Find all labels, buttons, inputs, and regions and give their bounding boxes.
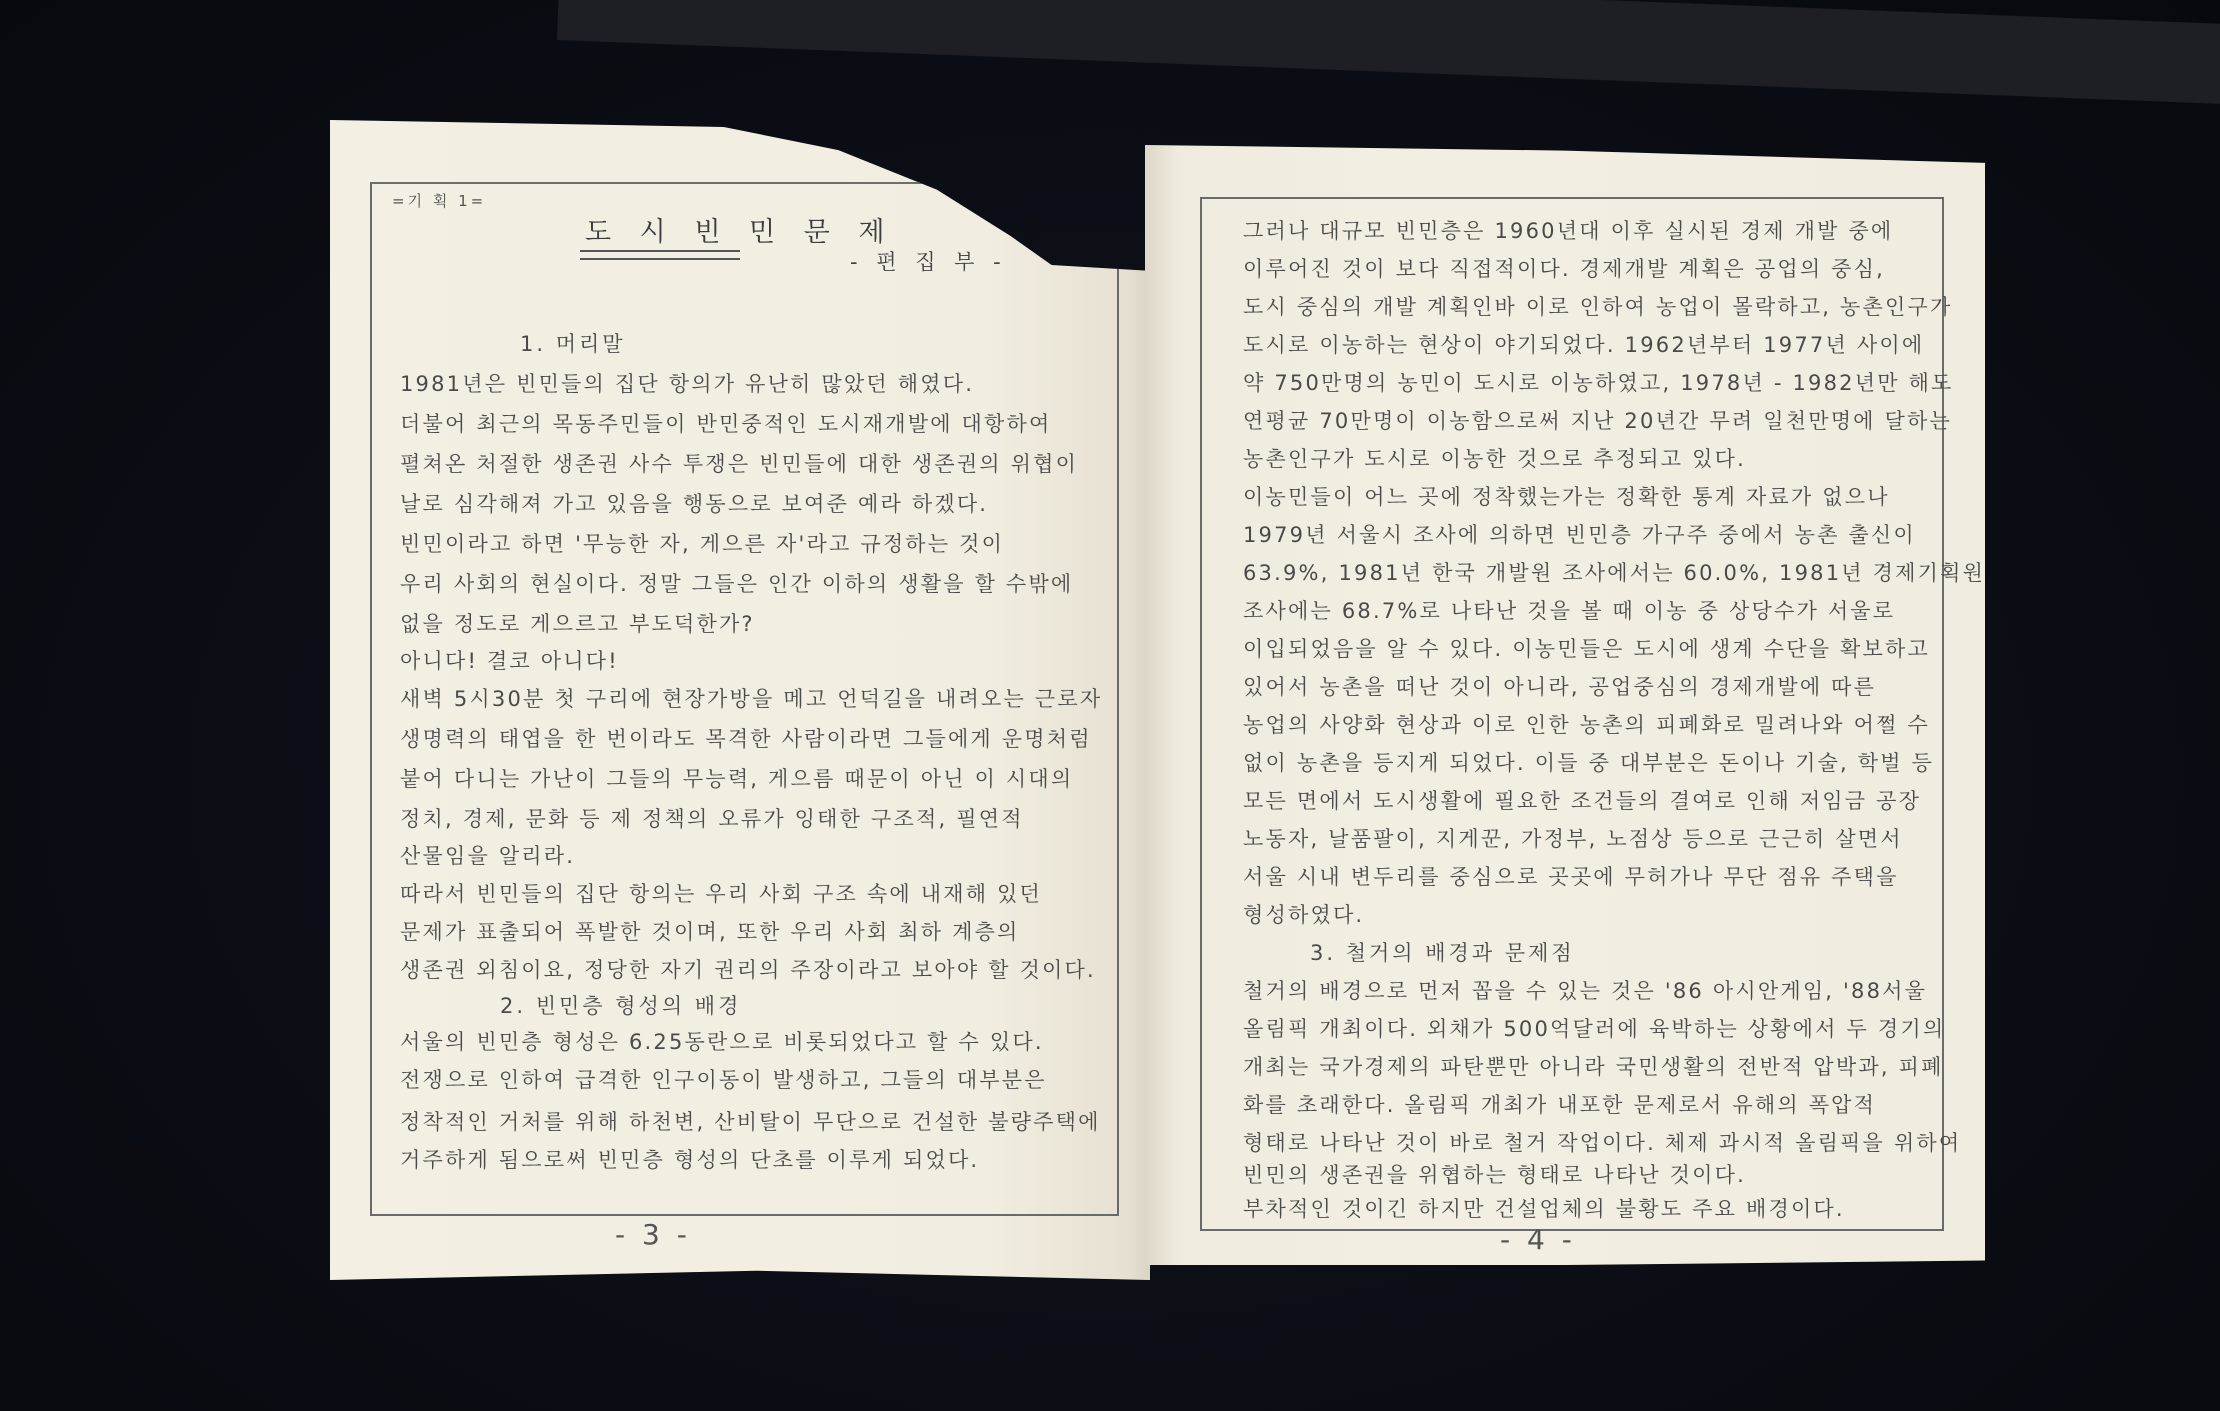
text-line: 붙어 다니는 가난이 그들의 무능력, 게으름 때문이 아닌 이 시대의 [400, 763, 1073, 793]
text-line: 생명력의 태엽을 한 번이라도 목격한 사람이라면 그들에게 운명처럼 [400, 723, 1092, 753]
text-line: 약 750만명의 농민이 도시로 이농하였고, 1978년 - 1982년만 해… [1243, 367, 1954, 397]
text-line: 문제가 표출되어 폭발한 것이며, 또한 우리 사회 최하 계층의 [400, 916, 1020, 946]
text-line: 63.9%, 1981년 한국 개발원 조사에서는 60.0%, 1981년 경… [1243, 557, 1985, 587]
background-cloth-fold [557, 0, 2220, 109]
text-line: 있어서 농촌을 떠난 것이 아니라, 공업중심의 경제개발에 따른 [1243, 671, 1876, 701]
text-line: 1981년은 빈민들의 집단 항의가 유난히 많았던 해였다. [400, 368, 974, 398]
article-byline: - 편 집 부 - [850, 246, 1007, 276]
text-line: 철거의 배경으로 먼저 꼽을 수 있는 것은 '86 아시안게임, '88서울 [1243, 975, 1927, 1005]
text-line: 아니다! 결코 아니다! [400, 645, 619, 675]
text-line: 서울의 빈민층 형성은 6.25동란으로 비롯되었다고 할 수 있다. [400, 1026, 1044, 1056]
text-line: 형태로 나타난 것이 바로 철거 작업이다. 체제 과시적 올림픽을 위하여 [1243, 1127, 1961, 1157]
text-line: 산물임을 알리라. [400, 840, 575, 870]
text-line: 없이 농촌을 등지게 되었다. 이들 중 대부분은 돈이나 기술, 학벌 등 [1243, 747, 1934, 777]
right-page: 그러나 대규모 빈민층은 1960년대 이후 실시된 경제 개발 중에 이루어진… [1145, 145, 1985, 1265]
text-line: 화를 초래한다. 올림픽 개최가 내포한 문제로서 유해의 폭압적 [1243, 1089, 1876, 1119]
article-title: 도 시 빈 민 문 제 [585, 210, 894, 249]
text-line: 빈민이라고 하면 '무능한 자, 게으른 자'라고 규정하는 것이 [400, 528, 1004, 558]
text-line: 이농민들이 어느 곳에 정착했는가는 정확한 통계 자료가 없으나 [1243, 481, 1890, 511]
text-line: 도시로 이농하는 현상이 야기되었다. 1962년부터 1977년 사이에 [1243, 329, 1924, 359]
text-line: 새벽 5시30분 첫 구리에 현장가방을 메고 언덕길을 내려오는 근로자 [400, 683, 1102, 713]
text-line: 1979년 서울시 조사에 의하면 빈민층 가구주 중에서 농촌 출신이 [1243, 519, 1916, 549]
series-kicker: =기 획 1= [392, 190, 486, 211]
text-line: 이루어진 것이 보다 직접적이다. 경제개발 계획은 공업의 중심, [1243, 253, 1885, 283]
text-line: 펼쳐온 처절한 생존권 사수 투쟁은 빈민들에 대한 생존권의 위협이 [400, 448, 1078, 478]
section-heading: 3. 철거의 배경과 문제점 [1310, 937, 1575, 967]
text-line: 정치, 경제, 문화 등 제 정책의 오류가 잉태한 구조적, 필연적 [400, 803, 1024, 833]
text-line: 농촌인구가 도시로 이농한 것으로 추정되고 있다. [1243, 443, 1746, 473]
page-number: - 3 - [615, 1218, 691, 1251]
section-heading: 2. 빈민층 형성의 배경 [500, 990, 741, 1020]
text-line: 개최는 국가경제의 파탄뿐만 아니라 국민생활의 전반적 압박과, 피폐 [1243, 1051, 1944, 1081]
text-line: 형성하였다. [1243, 899, 1364, 929]
text-line: 노동자, 날품팔이, 지게꾼, 가정부, 노점상 등으로 근근히 살면서 [1243, 823, 1903, 853]
text-line: 부차적인 것이긴 하지만 건설업체의 불황도 주요 배경이다. [1243, 1193, 1845, 1223]
section-heading: 1. 머리말 [520, 328, 626, 358]
text-line: 날로 심각해져 가고 있음을 행동으로 보여준 예라 하겠다. [400, 488, 988, 518]
text-line: 도시 중심의 개발 계획인바 이로 인하여 농업이 몰락하고, 농촌인구가 [1243, 291, 1952, 321]
text-line: 전쟁으로 인하여 급격한 인구이동이 발생하고, 그들의 대부분은 [400, 1064, 1047, 1094]
page-number: - 4 - [1500, 1223, 1576, 1256]
text-line: 빈민의 생존권을 위협하는 형태로 나타난 것이다. [1243, 1159, 1746, 1189]
text-line: 생존권 외침이요, 정당한 자기 권리의 주장이라고 보아야 할 것이다. [400, 954, 1096, 984]
text-line: 올림픽 개최이다. 외채가 500억달러에 육박하는 상황에서 두 경기의 [1243, 1013, 1945, 1043]
text-line: 거주하게 됨으로써 빈민층 형성의 단초를 이루게 되었다. [400, 1144, 979, 1174]
text-line: 농업의 사양화 현상과 이로 인한 농촌의 피폐화로 밀려나와 어쩔 수 [1243, 709, 1930, 739]
text-line: 우리 사회의 현실이다. 정말 그들은 인간 이하의 생활을 할 수밖에 [400, 568, 1073, 598]
text-line: 없을 정도로 게으르고 부도덕한가? [400, 608, 755, 638]
left-page: =기 획 1= 도 시 빈 민 문 제 - 편 집 부 - 1. 머리말 198… [330, 120, 1150, 1280]
text-line: 따라서 빈민들의 집단 항의는 우리 사회 구조 속에 내재해 있던 [400, 878, 1042, 908]
text-line: 그러나 대규모 빈민층은 1960년대 이후 실시된 경제 개발 중에 [1243, 215, 1893, 245]
text-line: 이입되었음을 알 수 있다. 이농민들은 도시에 생계 수단을 확보하고 [1243, 633, 1930, 663]
text-line: 연평균 70만명이 이농함으로써 지난 20년간 무려 일천만명에 달하는 [1243, 405, 1952, 435]
text-line: 조사에는 68.7%로 나타난 것을 볼 때 이농 중 상당수가 서울로 [1243, 595, 1895, 625]
text-line: 정착적인 거처를 위해 하천변, 산비탈이 무단으로 건설한 불량주택에 [400, 1106, 1101, 1136]
title-double-underline [580, 250, 740, 260]
text-line: 더불어 최근의 목동주민들이 반민중적인 도시재개발에 대항하여 [400, 408, 1052, 438]
text-line: 모든 면에서 도시생활에 필요한 조건들의 결여로 인해 저임금 공장 [1243, 785, 1921, 815]
text-line: 서울 시내 변두리를 중심으로 곳곳에 무허가나 무단 점유 주택을 [1243, 861, 1899, 891]
